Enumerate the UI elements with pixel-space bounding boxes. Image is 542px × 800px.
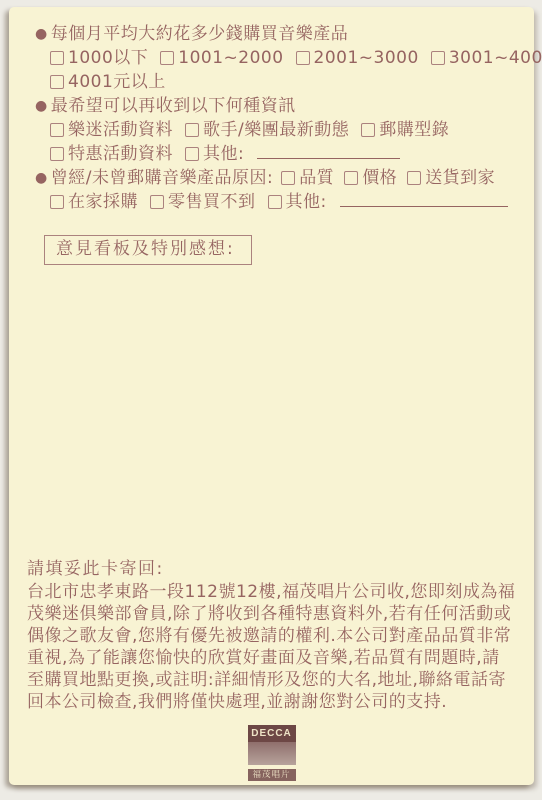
- comment-box-label: 意見看板及特別感想:: [56, 239, 235, 259]
- mailer-text-line: 偶像之歌友會,您將有優先被邀請的權利.本公司對產品品質非常: [27, 625, 522, 647]
- checkbox[interactable]: [344, 171, 358, 185]
- option-label: 3001~4000: [449, 48, 542, 68]
- scan-background: ●每個月平均大約花多少錢購買音樂產品 1000以下1001~20002001~3…: [0, 0, 542, 800]
- option-label: 1000以下: [68, 48, 148, 68]
- option-label: 樂迷活動資料: [68, 120, 173, 140]
- question-title-text: 曾經/未曾郵購音樂產品原因:: [51, 168, 273, 188]
- survey-option: 在家採購: [50, 192, 138, 212]
- option-label: 其他:: [286, 192, 327, 212]
- option-label: 2001~3000: [314, 48, 419, 68]
- option-label: 郵購型錄: [379, 120, 449, 140]
- survey-section: ●每個月平均大約花多少錢購買音樂產品 1000以下1001~20002001~3…: [9, 7, 534, 265]
- option-rows: 在家採購零售買不到其他:: [35, 190, 524, 214]
- decca-logo: DECCA 福茂唱片: [248, 725, 296, 781]
- mailer-text-line: 回本公司檢查,我們將僅快處理,並謝謝您對公司的支持.: [27, 691, 522, 713]
- survey-option: 送貨到家: [407, 168, 495, 188]
- checkbox[interactable]: [431, 51, 445, 65]
- survey-option: 其他:: [268, 192, 327, 212]
- fill-in-blank[interactable]: [257, 145, 400, 159]
- mailer-section: 請填妥此卡寄回: 台北市忠孝東路一段112號12樓,福茂唱片公司收,您即刻成為福…: [9, 557, 534, 713]
- checkbox[interactable]: [268, 195, 282, 209]
- bullet-icon: ●: [35, 170, 48, 186]
- checkbox[interactable]: [50, 75, 64, 89]
- option-label: 品質: [299, 168, 334, 188]
- option-label: 其他:: [203, 144, 244, 164]
- option-rows: 1000以下1001~20002001~30003001~40004001元以上: [35, 46, 524, 94]
- checkbox[interactable]: [185, 123, 199, 137]
- question-title-text: 最希望可以再收到以下何種資訊: [51, 96, 296, 116]
- survey-card: ●每個月平均大約花多少錢購買音樂產品 1000以下1001~20002001~3…: [9, 7, 534, 785]
- option-row: 特惠活動資料其他:: [50, 142, 524, 166]
- survey-option: 4001元以上: [50, 72, 166, 92]
- survey-option: 1000以下: [50, 48, 148, 68]
- checkbox[interactable]: [361, 123, 375, 137]
- option-row: 樂迷活動資料歌手/樂團最新動態郵購型錄: [50, 118, 524, 142]
- question-mailorder-reason: ●曾經/未曾郵購音樂產品原因:品質價格送貨到家 在家採購零售買不到其他:: [35, 166, 524, 214]
- checkbox[interactable]: [50, 195, 64, 209]
- survey-option: 2001~3000: [296, 48, 419, 68]
- bullet-icon: ●: [35, 98, 48, 114]
- question-title: ●每個月平均大約花多少錢購買音樂產品: [35, 22, 524, 46]
- mailer-text-line: 台北市忠孝東路一段112號12樓,福茂唱片公司收,您即刻成為福: [27, 581, 522, 603]
- mailer-body: 台北市忠孝東路一段112號12樓,福茂唱片公司收,您即刻成為福茂樂迷俱樂部會員,…: [27, 581, 522, 713]
- checkbox[interactable]: [50, 123, 64, 137]
- checkbox[interactable]: [281, 171, 295, 185]
- survey-option: 樂迷活動資料: [50, 120, 173, 140]
- question-monthly-spending: ●每個月平均大約花多少錢購買音樂產品 1000以下1001~20002001~3…: [35, 22, 524, 94]
- survey-option: 價格: [344, 168, 397, 188]
- checkbox[interactable]: [296, 51, 310, 65]
- inline-options: 品質價格送貨到家: [281, 168, 505, 188]
- comment-box[interactable]: 意見看板及特別感想:: [44, 235, 252, 265]
- question-title-text: 每個月平均大約花多少錢購買音樂產品: [51, 24, 349, 44]
- option-rows: 樂迷活動資料歌手/樂團最新動態郵購型錄特惠活動資料其他:: [35, 118, 524, 166]
- checkbox[interactable]: [185, 147, 199, 161]
- survey-option: 零售買不到: [150, 192, 256, 212]
- option-label: 歌手/樂團最新動態: [203, 120, 349, 140]
- survey-option: 郵購型錄: [361, 120, 449, 140]
- checkbox[interactable]: [150, 195, 164, 209]
- survey-option: 其他:: [185, 144, 244, 164]
- fill-in-blank[interactable]: [340, 193, 508, 207]
- mailer-heading: 請填妥此卡寄回:: [27, 557, 522, 581]
- option-label: 送貨到家: [425, 168, 495, 188]
- option-label: 1001~2000: [178, 48, 283, 68]
- survey-option: 3001~4000: [431, 48, 542, 68]
- mailer-text-line: 重視,為了能讓您愉快的欣賞好畫面及音樂,若品質有問題時,請: [27, 647, 522, 669]
- question-title: ●最希望可以再收到以下何種資訊: [35, 94, 524, 118]
- checkbox[interactable]: [160, 51, 174, 65]
- option-label: 特惠活動資料: [68, 144, 173, 164]
- survey-option: 歌手/樂團最新動態: [185, 120, 349, 140]
- bullet-icon: ●: [35, 26, 48, 42]
- decca-wordmark: DECCA: [248, 725, 296, 742]
- option-label: 零售買不到: [168, 192, 256, 212]
- decca-logo-square: DECCA: [248, 725, 296, 765]
- question-info-preference: ●最希望可以再收到以下何種資訊 樂迷活動資料歌手/樂團最新動態郵購型錄特惠活動資…: [35, 94, 524, 166]
- mailer-text-line: 茂樂迷俱樂部會員,除了將收到各種特惠資料外,若有任何活動或: [27, 603, 522, 625]
- checkbox[interactable]: [407, 171, 421, 185]
- mailer-text-line: 至購買地點更換,或註明:詳細情形及您的大名,地址,聯絡電話寄: [27, 669, 522, 691]
- checkbox[interactable]: [50, 147, 64, 161]
- decca-logo-gradient: [248, 742, 296, 765]
- option-row: 1000以下1001~20002001~30003001~4000: [50, 46, 524, 70]
- question-title: ●曾經/未曾郵購音樂產品原因:品質價格送貨到家: [35, 166, 524, 190]
- option-row: 在家採購零售買不到其他:: [50, 190, 524, 214]
- option-label: 4001元以上: [68, 72, 166, 92]
- option-label: 價格: [362, 168, 397, 188]
- company-name-band: 福茂唱片: [248, 769, 296, 781]
- survey-option: 品質: [281, 168, 334, 188]
- option-label: 在家採購: [68, 192, 138, 212]
- survey-option: 特惠活動資料: [50, 144, 173, 164]
- checkbox[interactable]: [50, 51, 64, 65]
- option-row: 4001元以上: [50, 70, 524, 94]
- survey-option: 1001~2000: [160, 48, 283, 68]
